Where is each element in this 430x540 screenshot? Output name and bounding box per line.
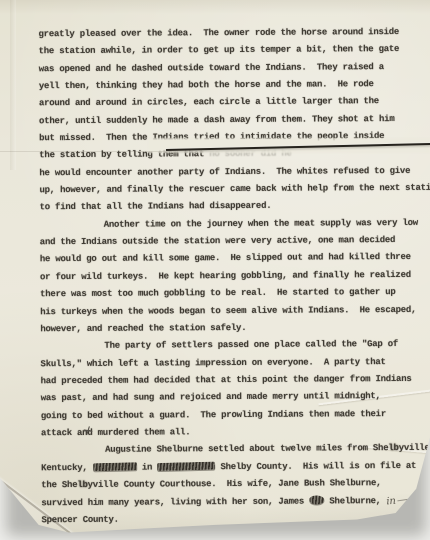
text-line: going to bed without a guard. The prowli… [41,405,430,425]
text-fragment: survived him many years, living with her… [41,497,309,509]
text-line-with-handwriting: survived him many years, living with her… [41,492,430,512]
text-line: his turkeys when the woods began to seem… [40,301,430,321]
text-line: up, however, and finally the rescuer cam… [39,180,430,200]
scanned-page: greatly pleased over the idea. The owner… [0,0,430,540]
text-line: there was most too much gobbling to be r… [40,284,430,304]
handwritten-word: in [385,493,395,511]
text-line: was past, and had sung and rejoiced and … [41,388,430,408]
text-fragment: Augustine Shelburne settled about twelve… [105,443,388,455]
typewritten-paper: greatly pleased over the idea. The owner… [0,0,430,540]
text-fragment: Kentucky, [41,462,93,472]
struck-out-word [93,462,137,471]
paragraph-start-line: Augustine Shelburne settled about twelve… [41,440,430,460]
text-line: Skulls," which left a lasting impression… [40,353,430,373]
text-fragment: in [137,462,158,472]
text-line: the station awhile, in order to get up i… [39,41,430,61]
text-fragment: Shelburne, [324,496,381,506]
scribbled-out-initial [309,496,324,505]
text-fragment: the She [41,480,77,490]
text-line: he would go out and kill some game. He s… [40,249,430,269]
fold-crease-faint [0,151,170,152]
text-line: around and around in circles, each circl… [39,93,430,113]
paragraph-start-line: The party of settlers passed one place c… [40,336,430,356]
overtyped-letters: lb [77,480,87,490]
text-fragment: yville [399,443,430,453]
typewritten-text-block: greatly pleased over the idea. The owner… [38,24,430,529]
text-fragment: Shelby County. His will is on file at [215,460,416,471]
left-edge-crease [10,0,16,170]
overtyped-letters: lb [388,443,398,453]
text-fragment: yville County Courthouse. His wife, Jane… [88,478,382,490]
struck-out-word [157,461,215,470]
